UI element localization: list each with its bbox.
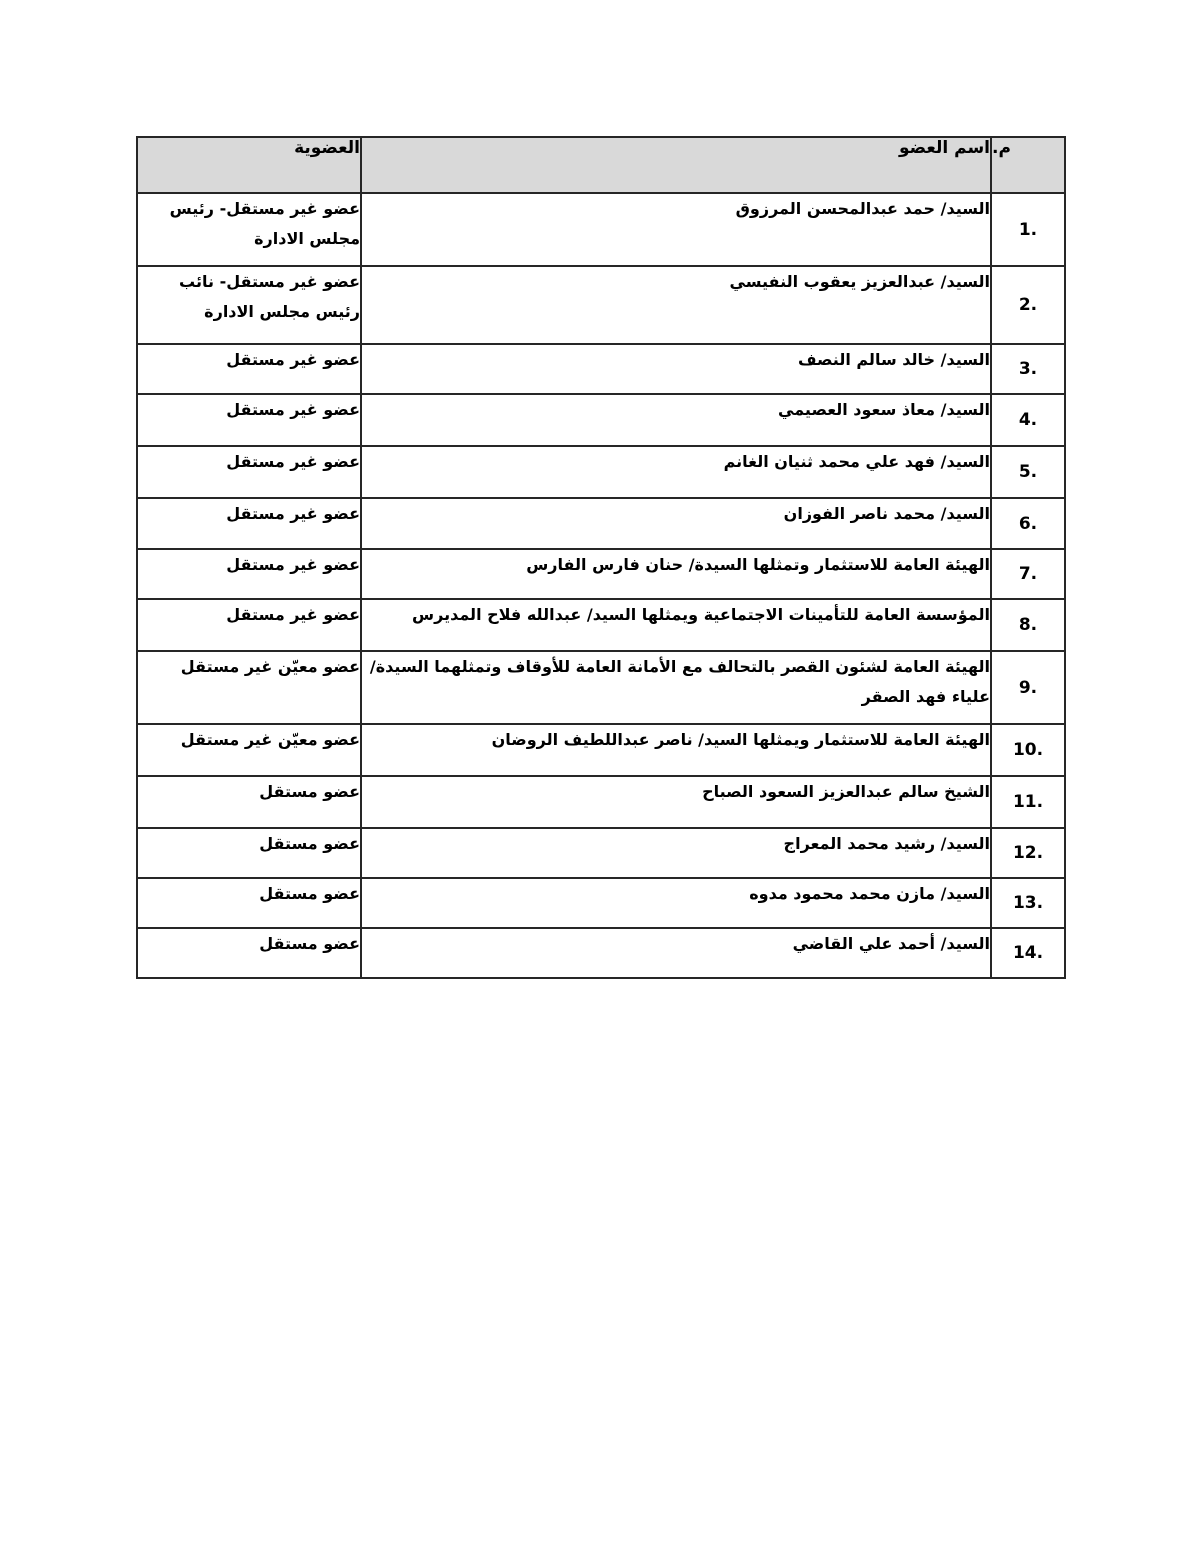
membership-type-cell: عضو مستقل — [137, 828, 361, 878]
member-number-cell: 1. — [991, 193, 1065, 266]
table-row: 13. السيد/ مازن محمد محمود مدوه عضو مستق… — [137, 878, 1065, 928]
member-number-cell: 10. — [991, 724, 1065, 776]
member-name-cell: السيد/ محمد ناصر الفوزان — [361, 498, 991, 549]
header-row: م. اسم العضو العضوية — [137, 137, 1065, 193]
table-row: 6. السيد/ محمد ناصر الفوزان عضو غير مستق… — [137, 498, 1065, 549]
member-name-cell: السيد/ فهد علي محمد ثنيان الغانم — [361, 446, 991, 498]
member-number-cell: 3. — [991, 344, 1065, 394]
member-name-cell: المؤسسة العامة للتأمينات الاجتماعية ويمث… — [361, 599, 991, 651]
member-number-cell: 14. — [991, 928, 1065, 978]
document-page: م. اسم العضو العضوية 1. السيد/ حمد عبدال… — [0, 0, 1200, 1554]
member-number-cell: 8. — [991, 599, 1065, 651]
membership-type-cell: عضو غير مستقل — [137, 394, 361, 446]
membership-type-cell: عضو مستقل — [137, 878, 361, 928]
table-row: 1. السيد/ حمد عبدالمحسن المرزوق عضو غير … — [137, 193, 1065, 266]
table-row: 11. الشيخ سالم عبدالعزيز السعود الصباح ع… — [137, 776, 1065, 828]
table-row: 7. الهيئة العامة للاستثمار وتمثلها السيد… — [137, 549, 1065, 599]
table-row: 3. السيد/ خالد سالم النصف عضو غير مستقل — [137, 344, 1065, 394]
member-number-cell: 9. — [991, 651, 1065, 724]
member-name-cell: السيد/ مازن محمد محمود مدوه — [361, 878, 991, 928]
member-number-cell: 6. — [991, 498, 1065, 549]
table-row: 8. المؤسسة العامة للتأمينات الاجتماعية و… — [137, 599, 1065, 651]
header-number: م. — [991, 137, 1065, 193]
membership-type-cell: عضو مستقل — [137, 928, 361, 978]
header-member-name: اسم العضو — [361, 137, 991, 193]
board-members-table: م. اسم العضو العضوية 1. السيد/ حمد عبدال… — [136, 136, 1066, 979]
membership-type-cell: عضو غير مستقل — [137, 549, 361, 599]
member-number-cell: 2. — [991, 266, 1065, 344]
member-number-cell: 7. — [991, 549, 1065, 599]
member-name-cell: الشيخ سالم عبدالعزيز السعود الصباح — [361, 776, 991, 828]
table-row: 12. السيد/ رشيد محمد المعراج عضو مستقل — [137, 828, 1065, 878]
table-row: 4. السيد/ معاذ سعود العصيمي عضو غير مستق… — [137, 394, 1065, 446]
member-number-cell: 13. — [991, 878, 1065, 928]
member-name-cell: السيد/ أحمد علي القاضي — [361, 928, 991, 978]
table-row: 14. السيد/ أحمد علي القاضي عضو مستقل — [137, 928, 1065, 978]
member-name-cell: السيد/ حمد عبدالمحسن المرزوق — [361, 193, 991, 266]
header-membership-type: العضوية — [137, 137, 361, 193]
membership-type-cell: عضو مستقل — [137, 776, 361, 828]
member-number-cell: 11. — [991, 776, 1065, 828]
member-name-cell: السيد/ معاذ سعود العصيمي — [361, 394, 991, 446]
member-name-cell: السيد/ رشيد محمد المعراج — [361, 828, 991, 878]
member-name-cell: السيد/ خالد سالم النصف — [361, 344, 991, 394]
membership-type-cell: عضو غير مستقل — [137, 446, 361, 498]
membership-type-cell: عضو معيّن غير مستقل — [137, 724, 361, 776]
table-row: 10. الهيئة العامة للاستثمار ويمثلها السي… — [137, 724, 1065, 776]
table-row: 9. الهيئة العامة لشئون القصر بالتحالف مع… — [137, 651, 1065, 724]
member-name-cell: الهيئة العامة للاستثمار وتمثلها السيدة/ … — [361, 549, 991, 599]
membership-type-cell: عضو غير مستقل — [137, 498, 361, 549]
member-number-cell: 4. — [991, 394, 1065, 446]
table-row: 2. السيد/ عبدالعزيز يعقوب النفيسي عضو غي… — [137, 266, 1065, 344]
membership-type-cell: عضو غير مستقل- رئيس مجلس الادارة — [137, 193, 361, 266]
member-name-cell: السيد/ عبدالعزيز يعقوب النفيسي — [361, 266, 991, 344]
member-number-cell: 5. — [991, 446, 1065, 498]
membership-type-cell: عضو غير مستقل — [137, 599, 361, 651]
table-row: 5. السيد/ فهد علي محمد ثنيان الغانم عضو … — [137, 446, 1065, 498]
membership-type-cell: عضو معيّن غير مستقل — [137, 651, 361, 724]
membership-type-cell: عضو غير مستقل — [137, 344, 361, 394]
membership-type-cell: عضو غير مستقل- نائب رئيس مجلس الادارة — [137, 266, 361, 344]
member-name-cell: الهيئة العامة للاستثمار ويمثلها السيد/ ن… — [361, 724, 991, 776]
member-name-cell: الهيئة العامة لشئون القصر بالتحالف مع ال… — [361, 651, 991, 724]
member-number-cell: 12. — [991, 828, 1065, 878]
